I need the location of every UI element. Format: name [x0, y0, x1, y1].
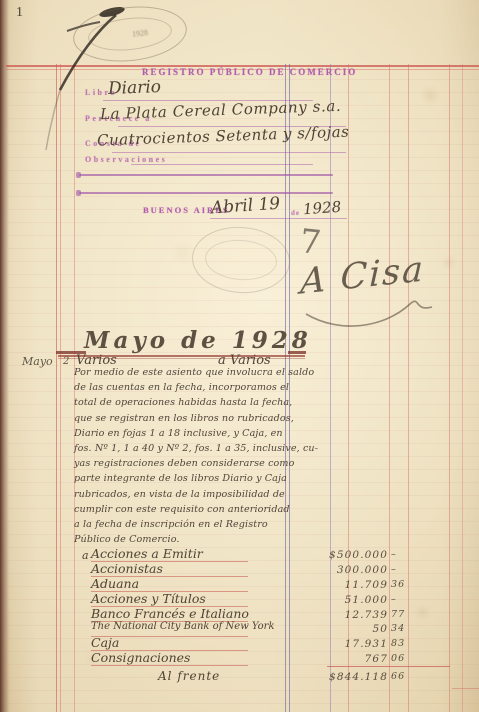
field-line-consta: [112, 152, 346, 153]
reception-stamp-inner-ring: [87, 14, 174, 55]
heading-dash-right: [288, 351, 306, 354]
money-rule-red-3: [408, 64, 409, 712]
margin-rule-2: [60, 64, 61, 712]
narrative-paragraph: Por medio de este asiento que involucra …: [74, 367, 308, 549]
narrative-line: de las cuentas en la fecha, incorporamos…: [74, 382, 308, 397]
account-prefix: a: [82, 549, 89, 562]
binding-edge: [0, 0, 9, 712]
account-cents: 34: [391, 623, 408, 634]
account-cents: 77: [391, 609, 408, 620]
field-label-observaciones: Observaciones: [85, 155, 167, 164]
stamp-bar-2: [79, 192, 333, 194]
date-stamp-line: [210, 218, 347, 219]
account-name: Banco Francés e Italiano: [91, 606, 248, 622]
credit-header: a Varios: [218, 353, 271, 368]
account-cents: –: [391, 594, 408, 605]
account-cents: –: [391, 549, 408, 560]
account-name: Aduana: [91, 576, 248, 592]
date-stamp-de: de: [291, 209, 300, 217]
total-rule: [327, 666, 450, 667]
narrative-line: parte integrante de los libros Diario y …: [74, 473, 308, 488]
money-rule-red-2: [389, 64, 390, 712]
account-name: Acciones a Emitir: [91, 546, 248, 562]
entry-heading: Mayo de 1928: [84, 327, 312, 354]
narrative-line: Por medio de este asiento que involucra …: [74, 367, 308, 382]
narrative-line: fos. Nº 1, 1 a 40 y Nº 2, fos. 1 a 35, i…: [74, 443, 308, 458]
account-name: Accionistas: [91, 561, 248, 577]
signature: A Cisa: [292, 252, 467, 337]
account-amount: 500.000: [325, 549, 388, 561]
narrative-line: a la fecha de inscripción en el Registro: [74, 519, 308, 534]
narrative-line: total de operaciones habidas hasta la fe…: [74, 397, 308, 412]
account-cents: 83: [391, 638, 408, 649]
account-cents: –: [391, 564, 408, 575]
narrative-line: rubricados, en vista de la imposibilidad…: [74, 489, 308, 504]
stamp-bar-1: [79, 174, 333, 176]
carry-forward-amount: 844.118: [325, 671, 388, 683]
narrative-line: cumplir con este requisito con anteriori…: [74, 504, 308, 519]
narrative-line: que se registran en los libros no rubric…: [74, 413, 308, 428]
account-cents: 06: [391, 653, 408, 664]
money-rule-red-4: [449, 64, 450, 712]
account-name: Caja: [91, 635, 248, 651]
account-amount: 767: [325, 653, 388, 665]
faint-oval-stamp-inner-ring: [204, 238, 279, 283]
money-rule-red-5: [462, 64, 463, 712]
field-line-observaciones: [131, 164, 313, 165]
narrative-line: yas registraciones deben considerarse co…: [74, 458, 308, 473]
account-amount: 11.709: [325, 579, 388, 591]
debit-header: Varios: [76, 353, 117, 368]
account-name: Acciones y Títulos: [91, 591, 248, 607]
account-cents: 36: [391, 579, 408, 590]
ledger-page: 1 1928 REGISTRO PÚBLICO DE COMERCIO Libr…: [0, 0, 479, 712]
account-name: Consignaciones: [91, 650, 248, 666]
account-amount: 17.931: [325, 638, 388, 650]
carry-forward-cents: 66: [391, 671, 408, 682]
reception-stamp-year: 1928: [132, 28, 149, 39]
registry-stamp-title: REGISTRO PÚBLICO DE COMERCIO: [142, 67, 357, 77]
carry-forward-label: Al frente: [158, 669, 220, 683]
bottom-right-rule: [452, 688, 479, 689]
account-amount: 300.000: [325, 564, 388, 576]
margin-rule-1: [56, 64, 57, 712]
account-amount: 12.739: [325, 609, 388, 621]
field-value-libro: Diario: [108, 77, 162, 99]
account-amount: 50: [325, 623, 388, 635]
margin-month: Mayo: [22, 355, 53, 368]
account-amount: 51.000: [325, 594, 388, 606]
handwritten-date-year: 1928: [302, 198, 341, 219]
narrative-line: Diario en fojas 1 a 18 inclusive, y Caja…: [74, 428, 308, 443]
margin-day: 2: [63, 356, 69, 367]
